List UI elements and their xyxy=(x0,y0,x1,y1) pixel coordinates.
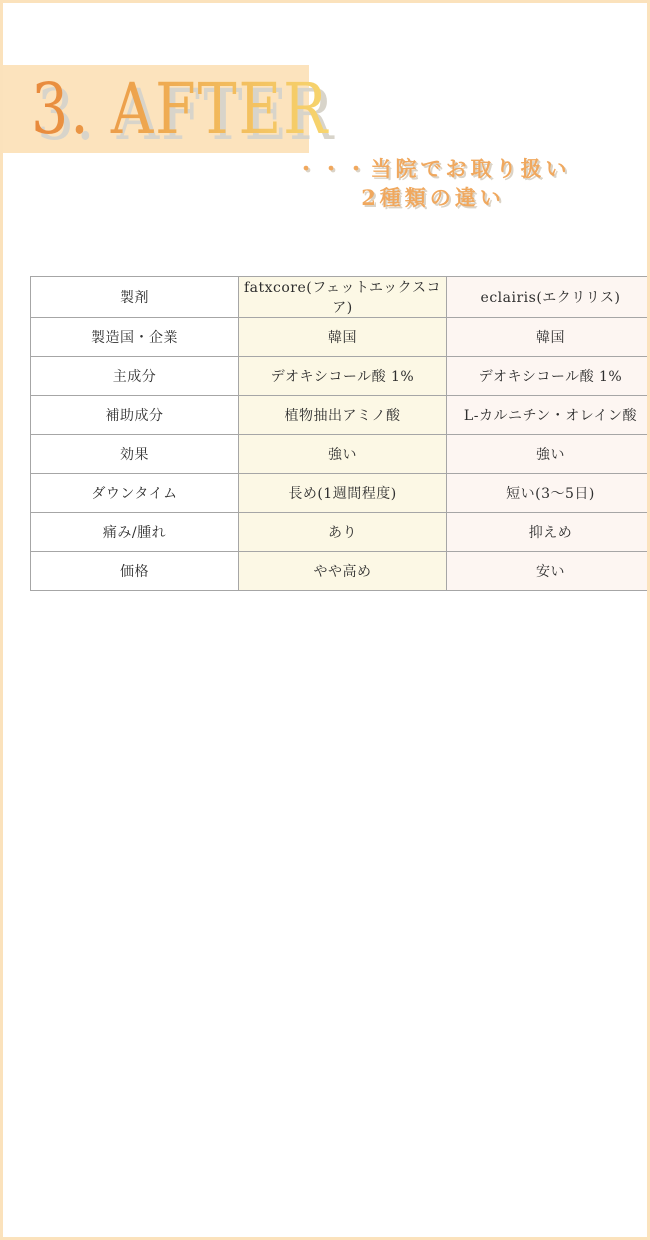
row-label-cell: ダウンタイム xyxy=(31,474,239,513)
section-banner: 3. AFTER 3. AFTER xyxy=(3,65,309,153)
subtitle-line-2: 2種類の違い xyxy=(283,183,583,212)
table-row: 主成分 デオキシコール酸 1% デオキシコール酸 1% xyxy=(31,357,650,396)
row-label-cell: 補助成分 xyxy=(31,396,239,435)
fatxcore-value-cell: やや高め xyxy=(239,552,447,591)
section-subtitle: ・・・当院でお取り扱い 2種類の違い xyxy=(283,154,583,212)
fatxcore-value-cell: 植物抽出アミノ酸 xyxy=(239,396,447,435)
row-label-cell: 製剤 xyxy=(31,277,239,318)
eclairis-value-cell: 短い(3〜5日) xyxy=(447,474,650,513)
row-label-cell: 製造国・企業 xyxy=(31,318,239,357)
fatxcore-value-cell: あり xyxy=(239,513,447,552)
subtitle-line-1: ・・・当院でお取り扱い xyxy=(283,154,583,183)
table-row: 製剤 fatxcore(フェットエックスコア) eclairis(エクリリス) xyxy=(31,277,650,318)
table-row: 痛み/腫れ あり 抑えめ xyxy=(31,513,650,552)
fatxcore-value-cell: 長め(1週間程度) xyxy=(239,474,447,513)
table-row: 製造国・企業 韓国 韓国 xyxy=(31,318,650,357)
fatxcore-value-cell: 韓国 xyxy=(239,318,447,357)
fatxcore-value-cell: fatxcore(フェットエックスコア) xyxy=(239,277,447,318)
row-label-cell: 痛み/腫れ xyxy=(31,513,239,552)
comparison-table: 製剤 fatxcore(フェットエックスコア) eclairis(エクリリス) … xyxy=(30,276,650,591)
table-row: ダウンタイム 長め(1週間程度) 短い(3〜5日) xyxy=(31,474,650,513)
table-row: 効果 強い 強い xyxy=(31,435,650,474)
row-label-cell: 効果 xyxy=(31,435,239,474)
eclairis-value-cell: 韓国 xyxy=(447,318,650,357)
fatxcore-value-cell: デオキシコール酸 1% xyxy=(239,357,447,396)
section-title-text: 3. AFTER xyxy=(31,65,329,153)
row-label-cell: 主成分 xyxy=(31,357,239,396)
eclairis-value-cell: 抑えめ xyxy=(447,513,650,552)
eclairis-value-cell: eclairis(エクリリス) xyxy=(447,277,650,318)
row-label-cell: 価格 xyxy=(31,552,239,591)
eclairis-value-cell: L-カルニチン・オレイン酸 xyxy=(447,396,650,435)
table-row: 価格 やや高め 安い xyxy=(31,552,650,591)
eclairis-value-cell: 強い xyxy=(447,435,650,474)
table-row: 補助成分 植物抽出アミノ酸 L-カルニチン・オレイン酸 xyxy=(31,396,650,435)
fatxcore-value-cell: 強い xyxy=(239,435,447,474)
page-frame: 3. AFTER 3. AFTER ・・・当院でお取り扱い 2種類の違い 製剤 … xyxy=(0,0,650,1240)
eclairis-value-cell: 安い xyxy=(447,552,650,591)
eclairis-value-cell: デオキシコール酸 1% xyxy=(447,357,650,396)
